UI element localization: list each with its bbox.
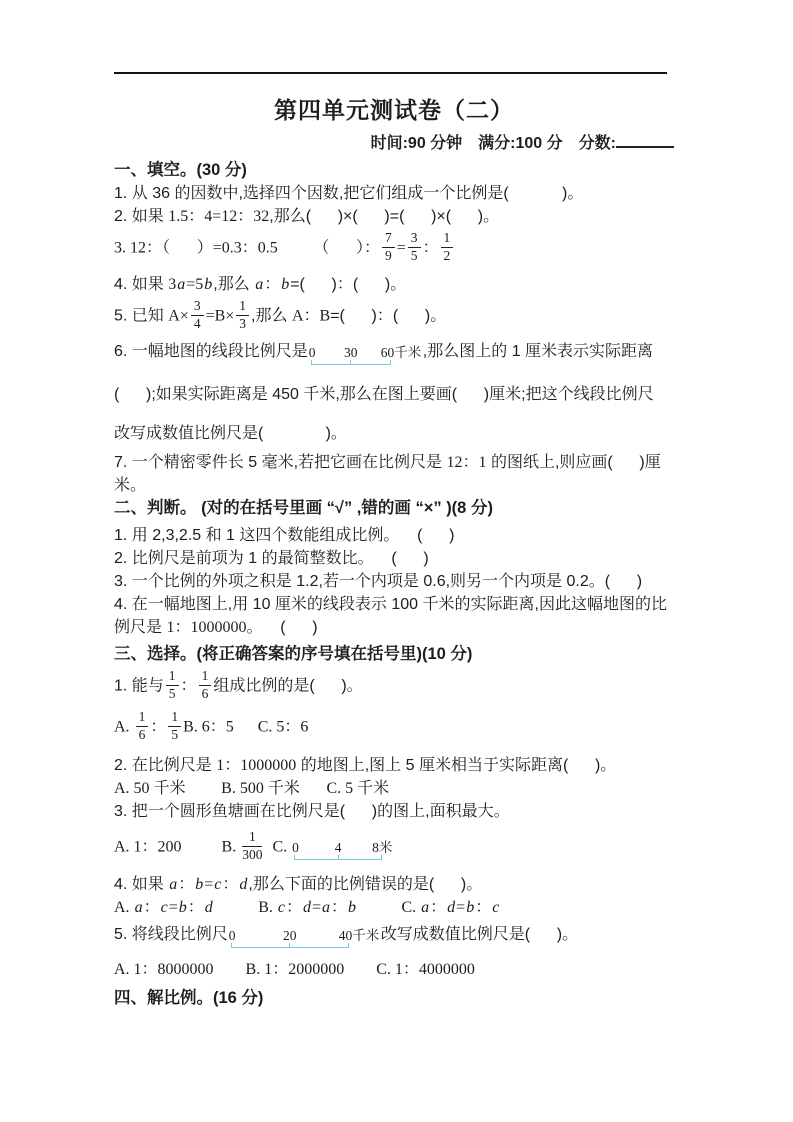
fraction: 15 bbox=[168, 710, 181, 743]
text-run: 4. 如果 bbox=[114, 276, 168, 293]
numeric-run: 1：1000000 bbox=[216, 757, 296, 774]
numeric-run: 1.5：4=12：32 bbox=[168, 208, 269, 225]
numeric-run: ： bbox=[264, 276, 280, 293]
fraction-denominator: 5 bbox=[168, 727, 181, 743]
numeric-run: ： bbox=[331, 899, 347, 916]
s3-question-3-options: A. 1：200 B. 1300 C. 048米 bbox=[114, 831, 674, 864]
section1-heading: 一、填空。(30 分) bbox=[114, 159, 674, 182]
numeric-run: ： bbox=[286, 899, 302, 916]
numeric-run: 12：1 bbox=[446, 454, 486, 471]
math-variable: b bbox=[347, 899, 357, 916]
fraction: 16 bbox=[136, 710, 149, 743]
numeric-run: 1：1000000 bbox=[166, 619, 246, 636]
numeric-run: B. bbox=[258, 899, 277, 916]
text-run: 5. 将线段比例尺 bbox=[114, 926, 228, 943]
fraction-denominator: 4 bbox=[191, 316, 204, 332]
s1-question-7-line1: 7. 一个精密零件长 5 毫米,若把它画在比例尺是 12：1 的图纸上,则应画(… bbox=[114, 451, 674, 474]
numeric-run: A. 1：200 B. bbox=[114, 838, 240, 855]
s1-question-6-line1: 6. 一幅地图的线段比例尺是03060千米,那么图上的 1 厘米表示实际距离 bbox=[114, 340, 674, 365]
math-variable: a bbox=[420, 899, 430, 916]
text-run: （ ） bbox=[162, 240, 213, 257]
scale-bar-line bbox=[311, 360, 391, 365]
s1-question-5: 5. 已知 A×34=B×13,那么 A：B=( )：( )。 bbox=[114, 300, 674, 333]
text-run: 6. 一幅地图的线段比例尺是 bbox=[114, 343, 308, 360]
fraction-denominator: 5 bbox=[408, 248, 421, 264]
s1-question-1: 1. 从 36 的因数中,选择四个因数,把它们组成一个比例是( )。 bbox=[114, 182, 674, 205]
s1-question-6-line2: ( );如果实际距离是 450 千米,那么在图上要画( )厘米;把这个线段比例尺 bbox=[114, 383, 674, 406]
text-run: ,那么 bbox=[251, 307, 292, 324]
numeric-run: =0.3：0.5 bbox=[213, 240, 278, 257]
linear-scale-bar: 03060千米 bbox=[311, 344, 391, 365]
fraction: 1300 bbox=[242, 830, 262, 863]
math-variable: b bbox=[178, 899, 188, 916]
score-label: 分数: bbox=[579, 135, 616, 152]
math-variable: d bbox=[238, 876, 248, 893]
math-variable: b bbox=[280, 276, 290, 293]
numeric-run: ： bbox=[150, 719, 166, 736]
numeric-run: =5 bbox=[186, 276, 203, 293]
text-run bbox=[186, 780, 222, 797]
fraction-numerator: 3 bbox=[408, 231, 421, 248]
scale-bar-labels: 02040千米 bbox=[231, 928, 349, 943]
numeric-run: A. bbox=[114, 899, 134, 916]
fraction: 13 bbox=[236, 299, 249, 332]
scale-label: 0 bbox=[292, 840, 299, 855]
paper-title: 第四单元测试卷（二） bbox=[114, 92, 674, 125]
scale-label: 20 bbox=[283, 928, 297, 943]
numeric-run: C. bbox=[264, 838, 291, 855]
numeric-run: B. 500 bbox=[221, 780, 268, 797]
fraction: 15 bbox=[166, 669, 179, 702]
text-run: 4. 如果 bbox=[114, 876, 168, 893]
fraction-numerator: 1 bbox=[166, 669, 179, 686]
text-run: 例尺是 bbox=[114, 619, 166, 636]
math-variable: c bbox=[160, 899, 169, 916]
numeric-run: ： bbox=[188, 899, 204, 916]
numeric-run: ： bbox=[144, 899, 160, 916]
scale-label: 0 bbox=[229, 928, 236, 943]
numeric-run: A. 50 bbox=[114, 780, 154, 797]
numeric-run: C. 5 bbox=[327, 780, 358, 797]
full-score-label: 满分:100 分 bbox=[478, 135, 562, 152]
s2-question-4-line2: 例尺是 1：1000000。 ( ) bbox=[114, 616, 674, 639]
score-blank-underline bbox=[616, 134, 674, 148]
fraction-numerator: 1 bbox=[441, 231, 454, 248]
fraction: 34 bbox=[191, 299, 204, 332]
fraction-numerator: 3 bbox=[191, 299, 204, 316]
math-variable: c bbox=[277, 899, 286, 916]
numeric-run: ： bbox=[475, 899, 491, 916]
numeric-run: =B× bbox=[206, 307, 235, 324]
numeric-run: ： bbox=[181, 678, 197, 695]
text-run: 7. 一个精密零件长 5 毫米,若把它画在比例尺是 bbox=[114, 454, 446, 471]
s2-question-4-line1: 4. 在一幅地图上,用 10 厘米的线段表示 100 千米的实际距离,因此这幅地… bbox=[114, 593, 674, 616]
text-run bbox=[357, 899, 401, 916]
scale-label: 60千米 bbox=[381, 345, 422, 360]
fraction: 35 bbox=[408, 231, 421, 264]
scale-bar-line bbox=[294, 855, 382, 860]
scale-bar-line bbox=[231, 943, 349, 948]
fraction-numerator: 1 bbox=[242, 830, 262, 847]
text-run: 千米 bbox=[154, 780, 186, 797]
s1-question-3: 3. 12：（ ）=0.3：0.5 （ ）：79=35：12 bbox=[114, 232, 674, 265]
numeric-run: C. bbox=[401, 899, 420, 916]
s3-question-3: 3. 把一个圆形鱼塘画在比例尺是( )的图上,面积最大。 bbox=[114, 800, 674, 823]
numeric-run: A：B bbox=[292, 307, 330, 324]
math-variable: a bbox=[176, 276, 186, 293]
text-run: 的地图上,图上 5 厘米相当于实际距离( )。 bbox=[296, 757, 616, 774]
time-label: 时间:90 分钟 bbox=[371, 135, 463, 152]
test-paper-page: 第四单元测试卷（二） 时间:90 分钟满分:100 分分数: 一、填空。(30 … bbox=[114, 64, 674, 1010]
text-run: 组成比例的是( )。 bbox=[213, 678, 362, 695]
scale-label: 40千米 bbox=[339, 928, 380, 943]
section4-heading: 四、解比例。(16 分) bbox=[114, 987, 674, 1010]
text-run: 2. 在比例尺是 bbox=[114, 757, 216, 774]
math-variable: c bbox=[491, 899, 500, 916]
numeric-run: A× bbox=[168, 307, 189, 324]
numeric-run: A. 1：8000000 B. 1：2000000 C. 1：4000000 bbox=[114, 961, 475, 978]
fraction-denominator: 5 bbox=[166, 686, 179, 702]
s2-question-1: 1. 用 2,3,2.5 和 1 这四个数能组成比例。 ( ) bbox=[114, 524, 674, 547]
fraction-numerator: 1 bbox=[236, 299, 249, 316]
math-variable: b bbox=[203, 276, 213, 293]
text-run: 。 ( ) bbox=[246, 619, 317, 636]
text-run bbox=[300, 780, 327, 797]
text-run: 千米 bbox=[268, 780, 300, 797]
s1-question-7-line2: 米。 bbox=[114, 474, 674, 497]
scale-label: 8米 bbox=[372, 840, 392, 855]
text-run: 的图纸上,则应画( )厘 bbox=[487, 454, 661, 471]
numeric-run: ： bbox=[430, 899, 446, 916]
fraction: 12 bbox=[441, 231, 454, 264]
linear-scale-bar: 02040千米 bbox=[231, 927, 349, 948]
fraction: 79 bbox=[382, 231, 395, 264]
math-variable: a bbox=[168, 876, 178, 893]
numeric-run: ： bbox=[178, 876, 194, 893]
numeric-run: = bbox=[456, 899, 465, 916]
numeric-run: = bbox=[397, 240, 406, 257]
s3-question-4-options: A. a：c=b：d B. c：d=a：b C. a：d=b：c bbox=[114, 896, 674, 919]
s3-question-1-options: A. 16：15B. 6：5 C. 5：6 bbox=[114, 711, 674, 744]
text-run bbox=[214, 899, 258, 916]
text-run: ,那么( )×( )=( )×( )。 bbox=[269, 208, 499, 225]
text-run: 5. 已知 bbox=[114, 307, 168, 324]
math-variable: a bbox=[321, 899, 331, 916]
math-variable: b bbox=[465, 899, 475, 916]
linear-scale-bar: 048米 bbox=[294, 839, 382, 860]
section2-heading: 二、判断。 (对的在括号里画 “√” ,错的画 “×” )(8 分) bbox=[114, 497, 674, 520]
numeric-run: B. 6：5 C. 5：6 bbox=[183, 719, 308, 736]
top-rule bbox=[114, 72, 667, 74]
s2-question-3: 3. 一个比例的外项之积是 1.2,若一个内项是 0.6,则另一个内项是 0.2… bbox=[114, 570, 674, 593]
fraction-denominator: 9 bbox=[382, 248, 395, 264]
fraction-numerator: 7 bbox=[382, 231, 395, 248]
text-run: ,那么图上的 1 厘米表示实际距离 bbox=[423, 343, 653, 360]
math-variable: b bbox=[194, 876, 204, 893]
numeric-run: = bbox=[204, 876, 213, 893]
s3-question-5-options: A. 1：8000000 B. 1：2000000 C. 1：4000000 bbox=[114, 958, 674, 981]
fraction-numerator: 1 bbox=[136, 710, 149, 727]
text-run: 1. 能与 bbox=[114, 678, 164, 695]
fraction-numerator: 1 bbox=[168, 710, 181, 727]
fraction-denominator: 3 bbox=[236, 316, 249, 332]
s1-question-6-line3: 改写成数值比例尺是( )。 bbox=[114, 422, 674, 445]
s2-question-2: 2. 比例尺是前项为 1 的最简整数比。 ( ) bbox=[114, 547, 674, 570]
text-run: 2. 如果 bbox=[114, 208, 168, 225]
text-run: ,那么 bbox=[213, 276, 254, 293]
numeric-run: 3. 12： bbox=[114, 240, 162, 257]
paper-meta-line: 时间:90 分钟满分:100 分分数: bbox=[114, 133, 674, 155]
scale-bar-labels: 03060千米 bbox=[311, 345, 391, 360]
fraction-denominator: 300 bbox=[242, 847, 262, 863]
math-variable: d bbox=[446, 899, 456, 916]
math-variable: d bbox=[204, 899, 214, 916]
s3-question-2: 2. 在比例尺是 1：1000000 的地图上,图上 5 厘米相当于实际距离( … bbox=[114, 754, 674, 777]
fraction-denominator: 6 bbox=[136, 727, 149, 743]
s3-question-2-options: A. 50 千米 B. 500 千米 C. 5 千米 bbox=[114, 777, 674, 800]
scale-bar-labels: 048米 bbox=[294, 840, 382, 855]
text-run: =( )：( )。 bbox=[330, 307, 446, 324]
text-run: =( )：( )。 bbox=[290, 276, 406, 293]
s3-question-4: 4. 如果 a：b=c：d,那么下面的比例错误的是( )。 bbox=[114, 873, 674, 896]
s1-question-2: 2. 如果 1.5：4=12：32,那么( )×( )=( )×( )。 bbox=[114, 205, 674, 228]
fraction-denominator: 2 bbox=[441, 248, 454, 264]
text-run: 改写成数值比例尺是( )。 bbox=[381, 926, 578, 943]
text-run: 千米 bbox=[357, 780, 389, 797]
scale-label: 30 bbox=[344, 345, 358, 360]
numeric-run: = bbox=[312, 899, 321, 916]
fraction-denominator: 6 bbox=[199, 686, 212, 702]
s1-question-4: 4. 如果 3a=5b,那么 a：b=( )：( )。 bbox=[114, 273, 674, 296]
math-variable: a bbox=[254, 276, 264, 293]
numeric-run: ： bbox=[423, 240, 439, 257]
math-variable: d bbox=[302, 899, 312, 916]
s3-question-1: 1. 能与15：16组成比例的是( )。 bbox=[114, 670, 674, 703]
fraction-numerator: 1 bbox=[199, 669, 212, 686]
numeric-run: ： bbox=[222, 876, 238, 893]
scale-label: 0 bbox=[309, 345, 316, 360]
s3-question-5: 5. 将线段比例尺02040千米改写成数值比例尺是( )。 bbox=[114, 923, 674, 948]
numeric-run: A. bbox=[114, 719, 134, 736]
section3-heading: 三、选择。(将正确答案的序号填在括号里)(10 分) bbox=[114, 643, 674, 666]
text-run: ,那么下面的比例错误的是( )。 bbox=[248, 876, 482, 893]
fraction: 16 bbox=[199, 669, 212, 702]
math-variable: a bbox=[134, 899, 144, 916]
text-run: （ ）： bbox=[278, 240, 380, 257]
scale-label: 4 bbox=[335, 840, 342, 855]
numeric-run: = bbox=[169, 899, 178, 916]
